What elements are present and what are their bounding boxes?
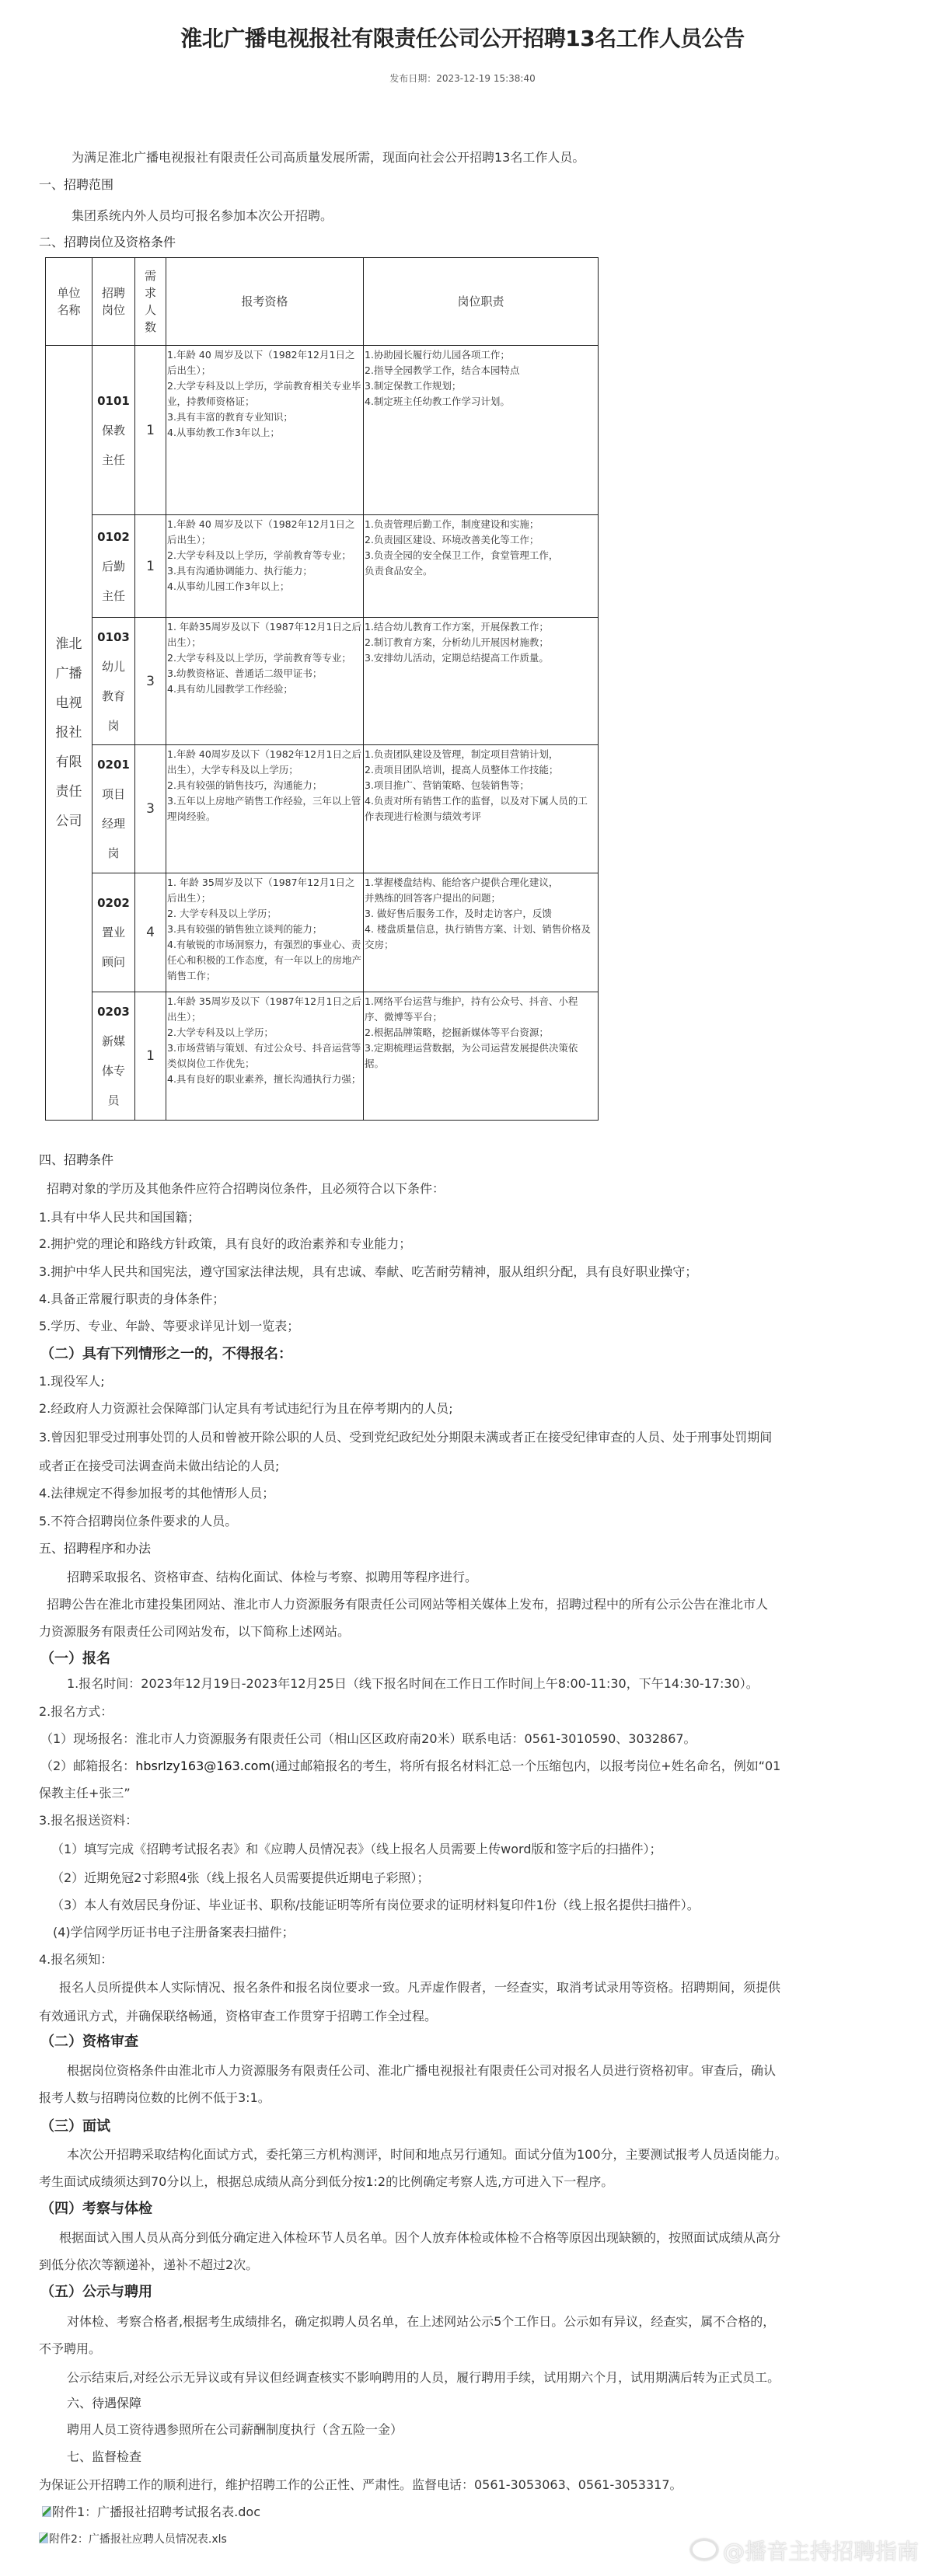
registration-heading: （一）报名 [40, 1650, 110, 1668]
exam-heading: （四）考察与体检 [40, 2200, 152, 2219]
section-heading-positions: 二、招聘岗位及资格条件 [39, 234, 176, 251]
duty-item: 1.掌握楼盘结构、能给客户提供合理化建议， [365, 875, 597, 891]
qualification-item: 2.大学专科及以上学历，学前教育等专业； [167, 650, 362, 666]
material-item: （2）近期免冠2寸彩照4张（线上报名人员需要提供近期电子彩照）； [51, 1870, 430, 1887]
header-count-label: 需求人数 [144, 267, 157, 336]
headcount: 4 [135, 873, 166, 992]
hire-line1: 对体检、考察合格者,根据考生成绩排名，确定拟聘人员名单，在上述网站公示5个工作日… [67, 2313, 775, 2330]
intro-text: 为满足淮北广播电视报社有限责任公司高质量发展所需，现面向社会公开招聘13名工作人… [72, 149, 585, 166]
duty-item: 1.网络平台运营与维护，持有公众号、抖音、小程序、微博等平台； [365, 994, 597, 1025]
qualification-item: 3.具有较强的销售独立谈判的能力； [167, 922, 362, 937]
table-row: 0202 置业顾问 4 1. 年龄 35周岁及以下（1987年12月1日之后出生… [46, 873, 599, 992]
registration-method-label: 2.报名方式： [39, 1703, 113, 1720]
qualification-item: 2.大学专科及以上学历，学前教育相关专业毕业，持教师资格证； [167, 378, 362, 410]
qualification-item: 1. 年龄35周岁及以下（1987年12月1日之后出生）； [167, 619, 362, 650]
qualification-item: 3.幼教资格证、普通话二级甲证书； [167, 666, 362, 681]
exclusion-item: 4.法律规定不得参加报考的其他情形人员； [39, 1485, 274, 1502]
headcount: 1 [135, 992, 166, 1121]
header-duties: 岗位职责 [364, 258, 599, 346]
notice-label: 4.报名须知： [39, 1951, 113, 1968]
position-cell: 0203 新媒体专员 [92, 992, 135, 1121]
exam-line2: 到低分依次等额递补，递补不超过2次。 [39, 2257, 258, 2274]
position-cell: 0201 项目经理岗 [92, 745, 135, 873]
position-code: 0202 [92, 888, 134, 918]
position-name: 新媒体专员 [99, 1027, 127, 1115]
headcount: 3 [135, 618, 166, 745]
exclusion-item: 2.经政府人力资源社会保障部门认定具有考试违纪行为且在停考期内的人员; [39, 1400, 453, 1417]
section-heading-procedure: 五、招聘程序和办法 [39, 1540, 151, 1557]
hire-line3: 公示结束后,对经公示无异议或有异议但经调查核实不影响聘用的人员，履行聘用手续，试… [67, 2369, 780, 2386]
email-registration-note: (通过邮箱报名的考生，将所有报名材料汇总一个压缩包内，以报考岗位+姓名命名，例如… [271, 1759, 780, 1773]
duty-item: 2.根据品牌策略，挖掘新媒体等平台资源； [365, 1025, 597, 1041]
email-registration-example: 保教主任+张三” [39, 1785, 131, 1802]
qualifications-cell: 1.年龄 40周岁及以下（1982年12月1日之后出生），大学专科及以上学历； … [166, 745, 364, 873]
attachment-link-2[interactable]: 附件2：广播报社应聘人员情况表.xls [39, 2531, 227, 2548]
qualifications-cell: 1. 年龄 35周岁及以下（1987年12月1日之后出生）； 2. 大学专科及以… [166, 873, 364, 992]
attachment-label[interactable]: 附件1：广播报社招聘考试报名表.doc [52, 2505, 260, 2519]
weibo-logo-icon [690, 2539, 718, 2560]
duties-cell: 1.负责管理后勤工作，制度建设和实施； 2.负责园区建设、环境改善美化等工作； … [364, 515, 599, 618]
hire-heading: （五）公示与聘用 [40, 2283, 152, 2302]
exam-line1: 根据面试入围人员从高分到低分确定进入体检环节人员名单。因个人放弃体检或体检不合格… [59, 2229, 780, 2247]
exclusions-heading: （二）具有下列情形之一的，不得报名： [40, 1345, 292, 1364]
qualification-item: 3.具有丰富的教育专业知识； [167, 410, 362, 425]
duty-item: 4. 楼盘质量信息，执行销售方案、计划、销售价格及交房； [365, 922, 597, 953]
qualification-item: 3.市场营销与策划、有过公众号、抖音运营等类似岗位工作优先； [167, 1041, 362, 1072]
unit-name-cell: 淮北广播电视报社有限责任公司 [46, 346, 92, 1121]
duties-cell: 1.协助园长履行幼儿园各项工作； 2.指导全园教学工作，结合本园特点 3.制定保… [364, 346, 599, 515]
broken-image-icon [39, 2532, 48, 2543]
qualification-item: 1.年龄 40周岁及以下（1982年12月1日之后出生），大学专科及以上学历； [167, 747, 362, 778]
headcount: 1 [135, 346, 166, 515]
duty-item: 3.定期梳理运营数据，为公司运营发展提供决策依据。 [365, 1041, 597, 1072]
duties-cell: 1.网络平台运营与维护，持有公众号、抖音、小程序、微博等平台； 2.根据品牌策略… [364, 992, 599, 1121]
condition-item: 3.拥护中华人民共和国宪法，遵守国家法律法规，具有忠诚、奉献、吃苦耐劳精神，服从… [39, 1264, 697, 1281]
position-name: 保教主任 [99, 416, 127, 475]
duty-item: 2.指导全园教学工作，结合本园特点 [365, 363, 597, 378]
exclusion-item: 1.现役军人; [39, 1373, 105, 1390]
qualification-item: 4.具有良好的职业素养，擅长沟通执行力强； [167, 1072, 362, 1087]
review-line1: 根据岗位资格条件由淮北市人力资源服务有限责任公司、淮北广播电视报社有限责任公司对… [67, 2062, 776, 2079]
condition-item: 4.具备正常履行职责的身体条件； [39, 1291, 225, 1308]
header-unit: 单位名称 [46, 258, 92, 346]
duty-item: 1.协助园长履行幼儿园各项工作； [365, 347, 597, 363]
interview-line1: 本次公开招聘采取结构化面试方式，委托第三方机构测评，时间和地点另行通知。面试分值… [67, 2146, 787, 2163]
registration-email-link[interactable]: hbsrlzy163@163.com [135, 1759, 271, 1773]
header-unit-label: 单位名称 [56, 284, 82, 319]
interview-heading: （三）面试 [40, 2118, 110, 2136]
notice-line1: 报名人员所提供本人实际情况、报名条件和报名岗位要求一致。凡弄虚作假者，一经查实，… [59, 1979, 780, 1996]
position-name: 幼儿教育岗 [99, 652, 127, 741]
duty-item: 3.负责全园的安全保卫工作，食堂管理工作， [365, 548, 597, 563]
qualification-item: 2. 大学专科及以上学历； [167, 906, 362, 922]
duty-item: 2.负责园区建设、环境改善美化等工作； [365, 532, 597, 548]
headcount: 3 [135, 745, 166, 873]
duty-item: 3.制定保教工作规划； [365, 378, 597, 394]
qualifications-cell: 1.年龄 35周岁及以下（1987年12月1日之后出生）； 2.大学专科及以上学… [166, 992, 364, 1121]
section-heading-supervision: 七、监督检查 [67, 2449, 141, 2466]
attachment-link-1[interactable]: 附件1：广播报社招聘考试报名表.doc [42, 2504, 260, 2521]
section-heading-conditions: 四、招聘条件 [39, 1152, 113, 1169]
page-title: 淮北广播电视报社有限责任公司公开招聘13名工作人员公告 [0, 22, 925, 53]
email-registration-label: （2）邮箱报名： [40, 1759, 135, 1773]
table-row: 0203 新媒体专员 1 1.年龄 35周岁及以下（1987年12月1日之后出生… [46, 992, 599, 1121]
table-header-row: 单位名称 招聘岗位 需求人数 报考资格 岗位职责 [46, 258, 599, 346]
onsite-registration: （1）现场报名：淮北市人力资源服务有限责任公司（相山区区政府南20米）联系电话：… [40, 1731, 696, 1748]
table-row: 0102 后勤主任 1 1.年龄 40 周岁及以下（1982年12月1日之后出生… [46, 515, 599, 618]
header-count: 需求人数 [135, 258, 166, 346]
interview-line2: 考生面试成绩须达到70分以上，根据总成绩从高分到低分按1:2的比例确定考察人选,… [39, 2173, 613, 2191]
qualifications-cell: 1.年龄 40 周岁及以下（1982年12月1日之后出生）； 2.大学专科及以上… [166, 515, 364, 618]
table-row: 0103 幼儿教育岗 3 1. 年龄35周岁及以下（1987年12月1日之后出生… [46, 618, 599, 745]
procedure-lead: 招聘采取报名、资格审查、结构化面试、体检与考察、拟聘用等程序进行。 [67, 1569, 477, 1586]
qualification-item: 2.大学专科及以上学历，学前教育等专业； [167, 548, 362, 563]
position-code: 0101 [92, 386, 134, 416]
duty-item: 2.责项目团队培训，提高人员整体工作技能； [365, 762, 597, 778]
qualification-item: 1.年龄 40 周岁及以下（1982年12月1日之后出生）； [167, 347, 362, 378]
duties-cell: 1.掌握楼盘结构、能给客户提供合理化建议， 并熟练的回答客户提出的问题； 3. … [364, 873, 599, 992]
duty-item: 1.负责团队建设及管理，制定项目营销计划， [365, 747, 597, 762]
header-position: 招聘岗位 [92, 258, 135, 346]
qualification-item: 4.有敏锐的市场洞察力，有强烈的事业心、责任心和积极的工作态度，有一年以上的房地… [167, 937, 362, 984]
exclusion-item: 3.曾因犯罪受过刑事处罚的人员和曾被开除公职的人员、受到党纪政纪处分期限未满或者… [39, 1429, 772, 1446]
publish-info-line1: 招聘公告在淮北市建投集团网站、淮北市人力资源服务有限责任公司网站等相关媒体上发布… [47, 1596, 768, 1613]
notice-line2: 有效通讯方式，并确保联络畅通，资格审查工作贯穿于招聘工作全过程。 [39, 2008, 437, 2025]
duty-item: 负责食品安全。 [365, 563, 597, 579]
duty-item: 4.负责对所有销售工作的监督，以及对下属人员的工作表现进行检测与绩效考评 [365, 793, 597, 824]
qualification-item: 4.从事幼儿园工作3年以上； [167, 579, 362, 594]
supervision-text: 为保证公开招聘工作的顺利进行，维护招聘工作的公正性、严肃性。监督电话：0561-… [39, 2477, 682, 2494]
qualification-item: 4.从事幼教工作3年以上； [167, 425, 362, 441]
unit-name: 淮北广播电视报社有限责任公司 [55, 629, 83, 836]
duty-item: 2.制订教育方案，分析幼儿开展因材施教； [365, 635, 597, 650]
qualification-item: 4.具有幼儿园教学工作经验； [167, 681, 362, 697]
qualification-item: 3.五年以上房地产销售工作经验，三年以上管理岗经验。 [167, 793, 362, 824]
position-name: 项目经理岗 [99, 779, 127, 868]
position-code: 0203 [92, 997, 134, 1027]
email-registration: （2）邮箱报名：hbsrlzy163@163.com(通过邮箱报名的考生，将所有… [40, 1758, 780, 1775]
duty-item: 1.负责管理后勤工作，制度建设和实施； [365, 517, 597, 532]
exclusion-item: 或者正在接受司法调查尚未做出结论的人员; [39, 1458, 279, 1475]
materials-label: 3.报名报送资料： [39, 1812, 138, 1829]
header-qualifications: 报考资格 [166, 258, 364, 346]
review-heading: （二）资格审查 [40, 2033, 138, 2051]
condition-item: 1.具有中华人民共和国国籍； [39, 1209, 200, 1226]
position-cell: 0103 幼儿教育岗 [92, 618, 135, 745]
position-name: 置业顾问 [99, 918, 127, 977]
section-heading-benefits: 六、待遇保障 [67, 2395, 141, 2412]
review-line2: 报考人数与招聘岗位数的比例不低于3:1。 [39, 2090, 271, 2107]
position-code: 0201 [92, 750, 134, 779]
section-heading-scope: 一、招聘范围 [39, 176, 113, 193]
broken-image-icon [42, 2506, 51, 2517]
publish-info-line2: 力资源服务有限责任公司网站发布，以下简称上述网站。 [39, 1623, 350, 1640]
hire-line2: 不予聘用。 [39, 2341, 101, 2358]
position-code: 0103 [92, 622, 134, 652]
exclusion-item: 5.不符合招聘岗位条件要求的人员。 [39, 1513, 237, 1530]
qualification-item: 1.年龄 35周岁及以下（1987年12月1日之后出生）； [167, 994, 362, 1025]
duty-item: 4.制定班主任幼教工作学习计划。 [365, 394, 597, 410]
table-row: 淮北广播电视报社有限责任公司 0101 保教主任 1 1.年龄 40 周岁及以下… [46, 346, 599, 515]
duty-item: 并熟练的回答客户提出的问题； [365, 891, 597, 906]
conditions-lead: 招聘对象的学历及其他条件应符合招聘岗位条件，且必须符合以下条件： [47, 1180, 445, 1197]
positions-table: 单位名称 招聘岗位 需求人数 报考资格 岗位职责 淮北广播电视报社有限责任公司 … [45, 257, 599, 1121]
position-name: 后勤主任 [99, 552, 127, 611]
watermark-text: @播音主持招聘指南 [723, 2539, 919, 2564]
qualification-item: 2.具有较强的销售技巧，沟通能力； [167, 778, 362, 793]
qualifications-cell: 1.年龄 40 周岁及以下（1982年12月1日之后出生）； 2.大学专科及以上… [166, 346, 364, 515]
position-code: 0102 [92, 522, 134, 552]
publish-date: 发布日期：2023-12-19 15:38:40 [0, 71, 925, 85]
benefits-text: 聘用人员工资待遇参照所在公司薪酬制度执行（含五险一金） [67, 2421, 403, 2438]
duty-item: 3. 做好售后服务工作，及时走访客户，反馈 [365, 906, 597, 922]
watermark: @播音主持招聘指南 [690, 2535, 919, 2566]
header-position-label: 招聘岗位 [100, 284, 127, 319]
material-item: （3）本人有效居民身份证、毕业证书、职称/技能证明等所有岗位要求的证明材料复印件… [51, 1897, 700, 1914]
duties-cell: 1.负责团队建设及管理，制定项目营销计划， 2.责项目团队培训，提高人员整体工作… [364, 745, 599, 873]
material-item: (4)学信网学历证书电子注册备案表扫描件； [53, 1924, 295, 1941]
scope-text: 集团系统内外人员均可报名参加本次公开招聘。 [72, 207, 333, 225]
qualification-item: 1. 年龄 35周岁及以下（1987年12月1日之后出生）； [167, 875, 362, 906]
qualification-item: 1.年龄 40 周岁及以下（1982年12月1日之后出生）； [167, 517, 362, 548]
duty-item: 3.安排幼儿活动，定期总结提高工作质量。 [365, 650, 597, 666]
position-cell: 0101 保教主任 [92, 346, 135, 515]
table-row: 0201 项目经理岗 3 1.年龄 40周岁及以下（1982年12月1日之后出生… [46, 745, 599, 873]
qualification-item: 3.具有沟通协调能力、执行能力； [167, 563, 362, 579]
position-cell: 0202 置业顾问 [92, 873, 135, 992]
qualification-item: 2.大学专科及以上学历； [167, 1025, 362, 1041]
position-cell: 0102 后勤主任 [92, 515, 135, 618]
attachment-label[interactable]: 附件2：广播报社应聘人员情况表.xls [49, 2533, 227, 2546]
condition-item: 5.学历、专业、年龄、等要求详见计划一览表； [39, 1318, 299, 1335]
material-item: （1）填写完成《招聘考试报名表》和《应聘人员情况表》（线上报名人员需要上传wor… [51, 1841, 662, 1858]
qualifications-cell: 1. 年龄35周岁及以下（1987年12月1日之后出生）； 2.大学专科及以上学… [166, 618, 364, 745]
duty-item: 1.结合幼儿教育工作方案，开展保教工作； [365, 619, 597, 635]
duty-item: 3.项目推广、营销策略、包装销售等； [365, 778, 597, 793]
duties-cell: 1.结合幼儿教育工作方案，开展保教工作； 2.制订教育方案，分析幼儿开展因材施教… [364, 618, 599, 745]
headcount: 1 [135, 515, 166, 618]
registration-time: 1.报名时间：2023年12月19日-2023年12月25日（线下报名时间在工作… [67, 1675, 759, 1692]
condition-item: 2.拥护党的理论和路线方针政策，具有良好的政治素养和专业能力； [39, 1236, 411, 1253]
